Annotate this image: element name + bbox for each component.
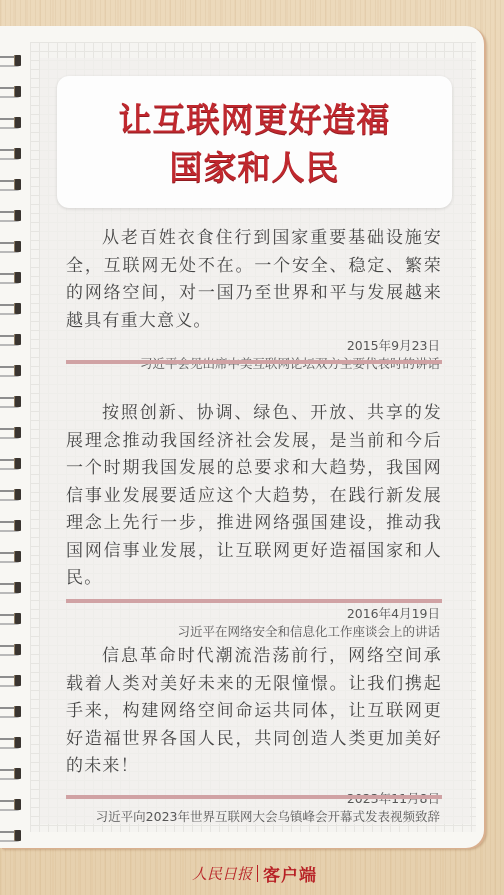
quote-text: 按照创新、协调、绿色、开放、共享的发展理念推动我国经济社会发展，是当前和今后一个… bbox=[66, 400, 442, 593]
quote-source: 习近平会见出席中美互联网论坛双方主要代表时的讲话 bbox=[66, 355, 442, 373]
section-divider bbox=[66, 599, 442, 603]
brand-name: 人民日报 bbox=[192, 863, 252, 884]
spiral-ring-icon bbox=[0, 395, 22, 407]
title-line-1: 让互联网更好造福 bbox=[57, 96, 452, 144]
logo-separator bbox=[257, 865, 258, 882]
spiral-ring-icon bbox=[0, 147, 22, 159]
spiral-ring-icon bbox=[0, 333, 22, 345]
spiral-ring-icon bbox=[0, 674, 22, 686]
spiral-ring-icon bbox=[0, 364, 22, 376]
footer-logo: 人民日报 客户端 bbox=[192, 862, 317, 884]
spiral-ring-icon bbox=[0, 705, 22, 717]
spiral-ring-icon bbox=[0, 240, 22, 252]
quote-section-2: 按照创新、协调、绿色、开放、共享的发展理念推动我国经济社会发展，是当前和今后一个… bbox=[66, 400, 442, 641]
quote-date: 2016年4月19日 bbox=[66, 605, 442, 623]
client-label: 客户端 bbox=[263, 861, 317, 886]
spiral-ring-icon bbox=[0, 643, 22, 655]
spiral-ring-icon bbox=[0, 736, 22, 748]
spiral-ring-icon bbox=[0, 581, 22, 593]
spiral-ring-icon bbox=[0, 116, 22, 128]
spiral-ring-icon bbox=[0, 488, 22, 500]
quote-date: 2015年9月23日 bbox=[66, 337, 442, 355]
quote-text: 信息革命时代潮流浩荡前行，网络空间承载着人类对美好未来的无限憧憬。让我们携起手来… bbox=[66, 643, 442, 781]
quote-source: 习近平在网络安全和信息化工作座谈会上的讲话 bbox=[66, 623, 442, 641]
spiral-ring-icon bbox=[0, 209, 22, 221]
title-card: 让互联网更好造福 国家和人民 bbox=[57, 76, 452, 208]
spiral-ring-icon bbox=[0, 798, 22, 810]
spiral-ring-icon bbox=[0, 612, 22, 624]
spiral-ring-icon bbox=[0, 519, 22, 531]
spiral-ring-icon bbox=[0, 271, 22, 283]
spiral-ring-icon bbox=[0, 457, 22, 469]
spiral-ring-icon bbox=[0, 85, 22, 97]
spiral-ring-icon bbox=[0, 178, 22, 190]
spiral-ring-icon bbox=[0, 550, 22, 562]
section-divider bbox=[66, 795, 442, 799]
section-divider bbox=[66, 360, 442, 364]
spiral-ring-icon bbox=[0, 767, 22, 779]
title-line-2: 国家和人民 bbox=[57, 144, 452, 192]
spiral-ring-icon bbox=[0, 426, 22, 438]
quote-section-1: 从老百姓衣食住行到国家重要基础设施安全，互联网无处不在。一个安全、稳定、繁荣的网… bbox=[66, 225, 442, 373]
quote-source: 习近平向2023年世界互联网大会乌镇峰会开幕式发表视频致辞 bbox=[66, 808, 442, 826]
spiral-ring-icon bbox=[0, 302, 22, 314]
quote-text: 从老百姓衣食住行到国家重要基础设施安全，互联网无处不在。一个安全、稳定、繁荣的网… bbox=[66, 225, 442, 335]
spiral-ring-icon bbox=[0, 54, 22, 66]
spiral-ring-icon bbox=[0, 829, 22, 841]
